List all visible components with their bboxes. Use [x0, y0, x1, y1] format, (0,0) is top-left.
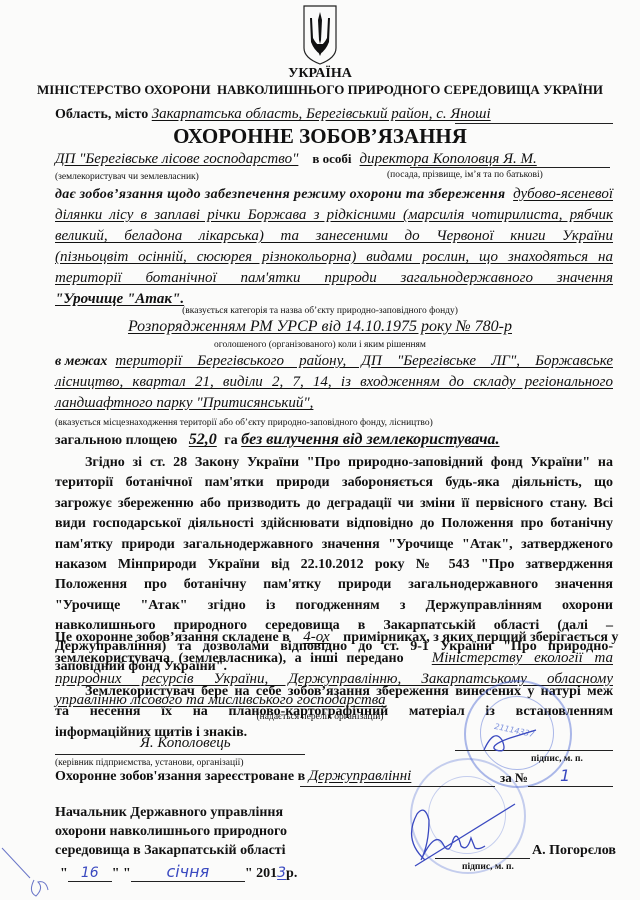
location-line-0: території Берегівського району, ДП "Бере… [115, 351, 613, 372]
region-label: Область, місто [55, 107, 148, 122]
copies-count: 4-ох [293, 629, 339, 645]
body-line: Положення про ботанічну пам'ятку природи… [55, 575, 613, 595]
number-label: за № [500, 770, 528, 786]
commitment-line-4: території ботанічної пам'ятки природи за… [55, 268, 613, 289]
location-label: в межах [55, 351, 107, 372]
decree-value: Розпорядженням РМ УРСР від 14.10.1975 ро… [0, 318, 640, 336]
commitment-lead: дає зобов’язання щодо забезпечення режим… [55, 184, 505, 205]
recipients-line-0: Міністерству екології та [432, 648, 613, 669]
registered-underline [300, 786, 495, 787]
location-line-2: ландшафтного парку "Притисянський", [55, 393, 613, 414]
copies-count-text: Це охоронне зобов’язання складене в 4-ох… [55, 627, 613, 648]
body-line: Згідно зі ст. 28 Закону України "Про при… [55, 453, 613, 473]
area-value: 52,0 [189, 431, 217, 448]
commitment-line-1: ділянки лісу в заплаві річки Боржава з р… [55, 205, 613, 226]
date-year-suffix: р. [286, 866, 297, 881]
margin-initials-icon [0, 840, 60, 900]
object-caption: (вказується категорія та назва об’єкту п… [0, 306, 640, 316]
country-name: УКРАЇНА [0, 66, 640, 82]
chief-title-line: Начальник Державного управління [55, 803, 287, 822]
body-line: види господарської діяльності здійснюват… [55, 514, 613, 534]
area-label: загальною площею [55, 433, 177, 448]
number-value: 1 [560, 766, 570, 785]
date-year-prefix: 201 [256, 866, 277, 881]
landuser-value: ДП "Берегівське лісове господарство" [55, 151, 298, 167]
ministry-name: МІНІСТЕРСТВО ОХОРОНИ НАВКОЛИШНЬОГО ПРИРО… [0, 82, 640, 98]
registered-label: Охоронне зобов'язання зареєстроване в [55, 769, 305, 784]
date-row: "16" "січня" 2013р. [60, 862, 297, 882]
location-line-1: лісництво, квартал 21, виділи 2, 7, 14, … [55, 372, 613, 393]
person-underline [410, 167, 610, 168]
commitment-line-0: дубово-ясеневої [513, 184, 613, 205]
chief-name: А. Погорєлов [532, 843, 616, 859]
head-name-underline [55, 754, 305, 755]
chief-title-line: середовища в Закарпатській області [55, 841, 287, 860]
date-quote-mid: " " [112, 866, 131, 881]
copies-rest: примірниках, з яких перший зберігається … [343, 630, 618, 645]
region-value: Закарпатська область, Берегівський район… [152, 106, 491, 122]
copies-lead: Це охоронне зобов’язання складене в [55, 630, 290, 645]
location-block: в межах території Берегівського району, … [55, 351, 613, 414]
party-row: ДП "Берегівське лісове господарство" в о… [55, 150, 537, 168]
head-signature-icon [480, 720, 540, 760]
location-caption: (вказується місцезнаходження території а… [55, 418, 433, 428]
area-unit: га [224, 433, 237, 448]
document-title: ОХОРОННЕ ЗОБОВ’ЯЗАННЯ [0, 124, 640, 149]
number-underline [528, 786, 613, 787]
landuser-caption: (землекористувач чи землевласник) [55, 172, 199, 182]
commitment-line-2: великий, беладона лікарська) та занесени… [55, 226, 613, 247]
commitment-line-3: (пізньоцвіт осінній, сюсюрея різнокольор… [55, 247, 613, 268]
head-name: Я. Кополовець [140, 735, 231, 752]
body-line: загрожує збереженню або призводить до де… [55, 494, 613, 514]
region-row: Область, місто Закарпатська область, Бер… [55, 106, 491, 123]
date-year-digit: 3 [277, 865, 286, 881]
chief-signature-icon [395, 800, 525, 870]
registration-row: Охоронне зобов'язання зареєстроване в Де… [55, 768, 411, 785]
person-caption: (посада, прізвище, ім’я та по батькові) [387, 170, 543, 180]
date-quote-close: " [245, 866, 256, 881]
chief-sign-caption: підпис, м. п. [462, 862, 514, 872]
date-month: січня [131, 862, 245, 882]
chief-signature-line [435, 858, 530, 859]
chief-title-line: охорони навколишнього природного [55, 822, 287, 841]
decree-caption: оголошеного (організованого) коли і яким… [0, 340, 640, 350]
body-line: "Урочище "Атак" згідно із погодженням з … [55, 596, 613, 616]
in-person-label: в особі [312, 151, 351, 166]
trident-coat-of-arms-icon [302, 4, 338, 66]
body-line: території ботанічної пам'ятки природи за… [55, 473, 613, 493]
person-value: директора Кополовця Я. М. [360, 151, 537, 167]
copies-line2-lead: землекористувача (землевласника), а інші… [55, 648, 404, 669]
coat-of-arms [302, 4, 338, 66]
registered-in: Держуправлінні [309, 768, 412, 784]
commitment-block: дає зобов’язання щодо забезпечення режим… [55, 184, 613, 310]
area-row: загальною площею 52,0 га без вилучення в… [55, 431, 500, 449]
copies-line-2: землекористувача (землевласника), а інші… [55, 648, 613, 669]
chief-title: Начальник Державного управління охорони … [55, 803, 287, 860]
area-note: без вилучення від землекористувача. [241, 431, 499, 448]
date-day: 16 [68, 865, 112, 882]
head-caption: (керівник підприємства, установи, органі… [55, 758, 244, 768]
date-quote-open: " [60, 866, 68, 881]
body-line: наказом Мінприроди України від 22.10.201… [55, 555, 613, 575]
body-line: пам'ятку природи загальнодержавного знач… [55, 535, 613, 555]
